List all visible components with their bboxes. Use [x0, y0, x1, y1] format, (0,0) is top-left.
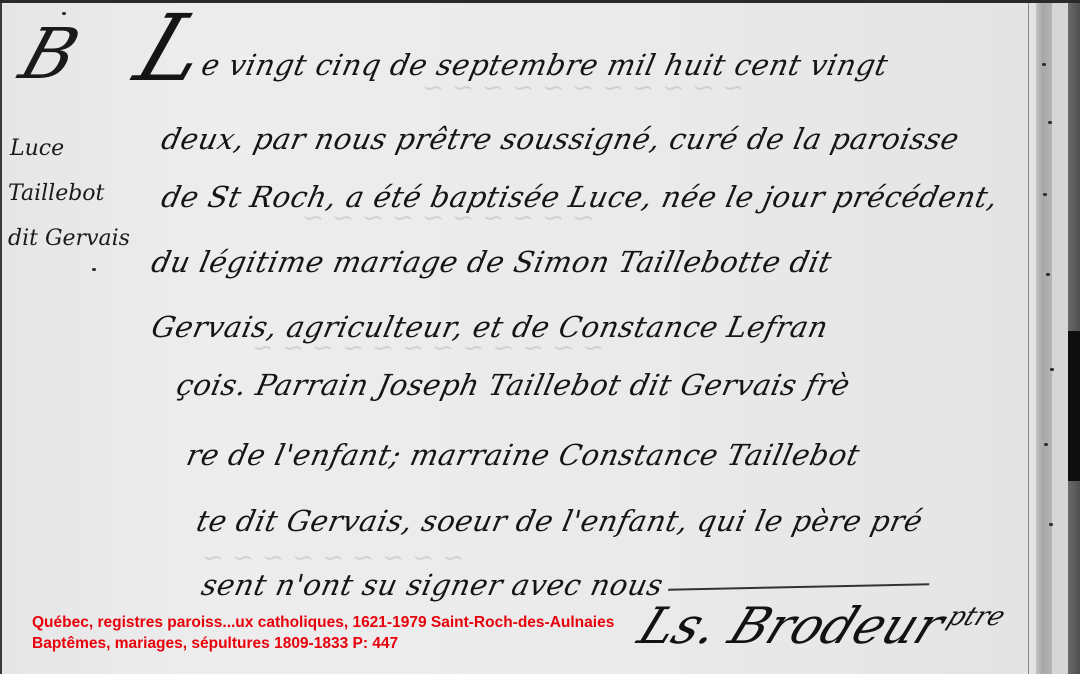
entry-line-6: çois. Parrain Joseph Taillebot dit Gerva…	[174, 371, 853, 400]
ink-speck	[1050, 368, 1054, 371]
ink-speck	[1043, 193, 1047, 196]
signature-name: Ls. Brodeur	[630, 597, 953, 655]
ink-speck	[1048, 121, 1052, 124]
entry-line-7: re de l'enfant; marraine Constance Taill…	[184, 441, 862, 470]
ink-speck	[1044, 443, 1048, 446]
entry-line-2: deux, par nous prêtre soussigné, curé de…	[159, 125, 962, 154]
ink-speck	[1042, 63, 1046, 66]
entry-line-9-text: sent n'ont su signer avec nous	[198, 568, 666, 602]
entry-number: B	[11, 13, 89, 95]
entry-line-3: de St Roch, a été baptisée Luce, née le …	[159, 183, 1001, 212]
page-gutter	[1036, 3, 1052, 674]
ink-speck	[1049, 523, 1053, 526]
entry-line-1: e vingt cinq de septembre mil huit cent …	[199, 51, 891, 80]
margin-name-line: Taillebot	[8, 183, 104, 205]
caption-line-1: Québec, registres paroiss...ux catholiqu…	[32, 612, 614, 633]
signature-title: ptre	[943, 602, 1010, 632]
entry-line-4: du légitime mariage de Simon Taillebotte…	[149, 248, 834, 277]
margin-name-line: dit Gervais	[8, 228, 130, 250]
entry-line-5: Gervais, agriculteur, et de Constance Le…	[149, 313, 831, 342]
entry-line-9: sent n'ont su signer avec nous	[199, 571, 932, 600]
priest-signature: Ls. Brodeurptre	[632, 601, 1010, 651]
page-edge	[1052, 3, 1068, 674]
caption-line-2: Baptêmes, mariages, sépultures 1809-1833…	[32, 633, 614, 654]
margin-name-line: Luce	[10, 138, 64, 160]
ink-speck	[92, 268, 96, 271]
register-page: ~ ~ ~ ~ ~ ~ ~ ~ ~ ~ ~ ~ ~ ~ ~ ~ ~ ~ ~ ~ …	[2, 3, 1080, 674]
entry-line-8: te dit Gervais, soeur de l'enfant, qui l…	[194, 507, 925, 536]
book-binding-shadow	[1068, 331, 1080, 481]
margin-rule-line	[1028, 3, 1029, 674]
source-caption: Québec, registres paroiss...ux catholiqu…	[32, 612, 614, 654]
line-filler-stroke	[668, 583, 929, 590]
ink-speck	[1046, 273, 1050, 276]
